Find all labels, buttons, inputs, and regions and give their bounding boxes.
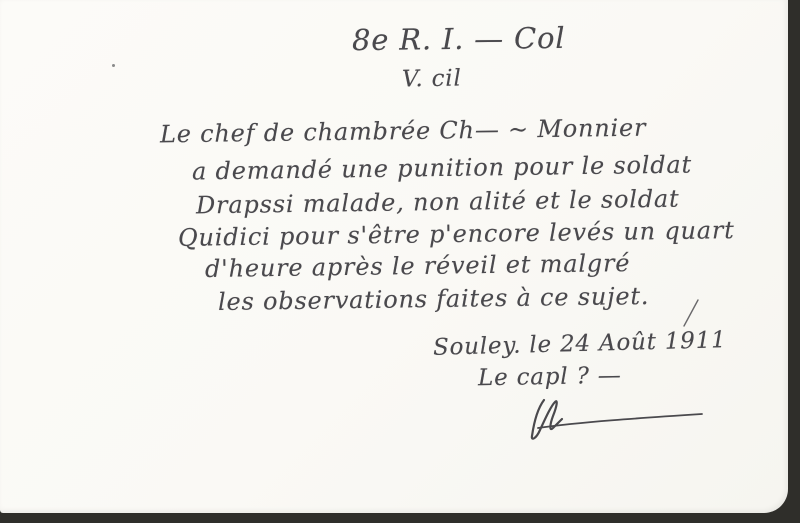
handwriting-line: les observations faites à ce sujet.: [218, 282, 650, 316]
scanned-document: 8e R. I. — Col V. cil Le chef de chambré…: [0, 0, 800, 523]
ink-speck: [112, 64, 115, 67]
doc-signoff: Le capl ? —: [478, 363, 622, 392]
handwriting-line: a demandé une punition pour le soldat: [192, 151, 692, 186]
handwriting-line: Drapssi malade, non alité et le soldat: [196, 185, 680, 220]
handwriting-line: Quidici pour s'être p'encore levés un qu…: [178, 216, 735, 252]
doc-header-subline: V. cil: [402, 65, 462, 92]
handwriting-line: d'heure après le réveil et malgré: [205, 249, 631, 283]
stray-pen-stroke: [680, 298, 702, 328]
doc-dateline: Souley. le 24 Août 1911: [433, 327, 727, 361]
paper-sheet: 8e R. I. — Col V. cil Le chef de chambré…: [0, 0, 788, 513]
handwriting-line: Le chef de chambrée Ch— ~ Monnier: [160, 114, 647, 149]
doc-header-unit: 8e R. I. — Col: [352, 21, 566, 57]
signature-paraph-icon: [520, 392, 720, 442]
